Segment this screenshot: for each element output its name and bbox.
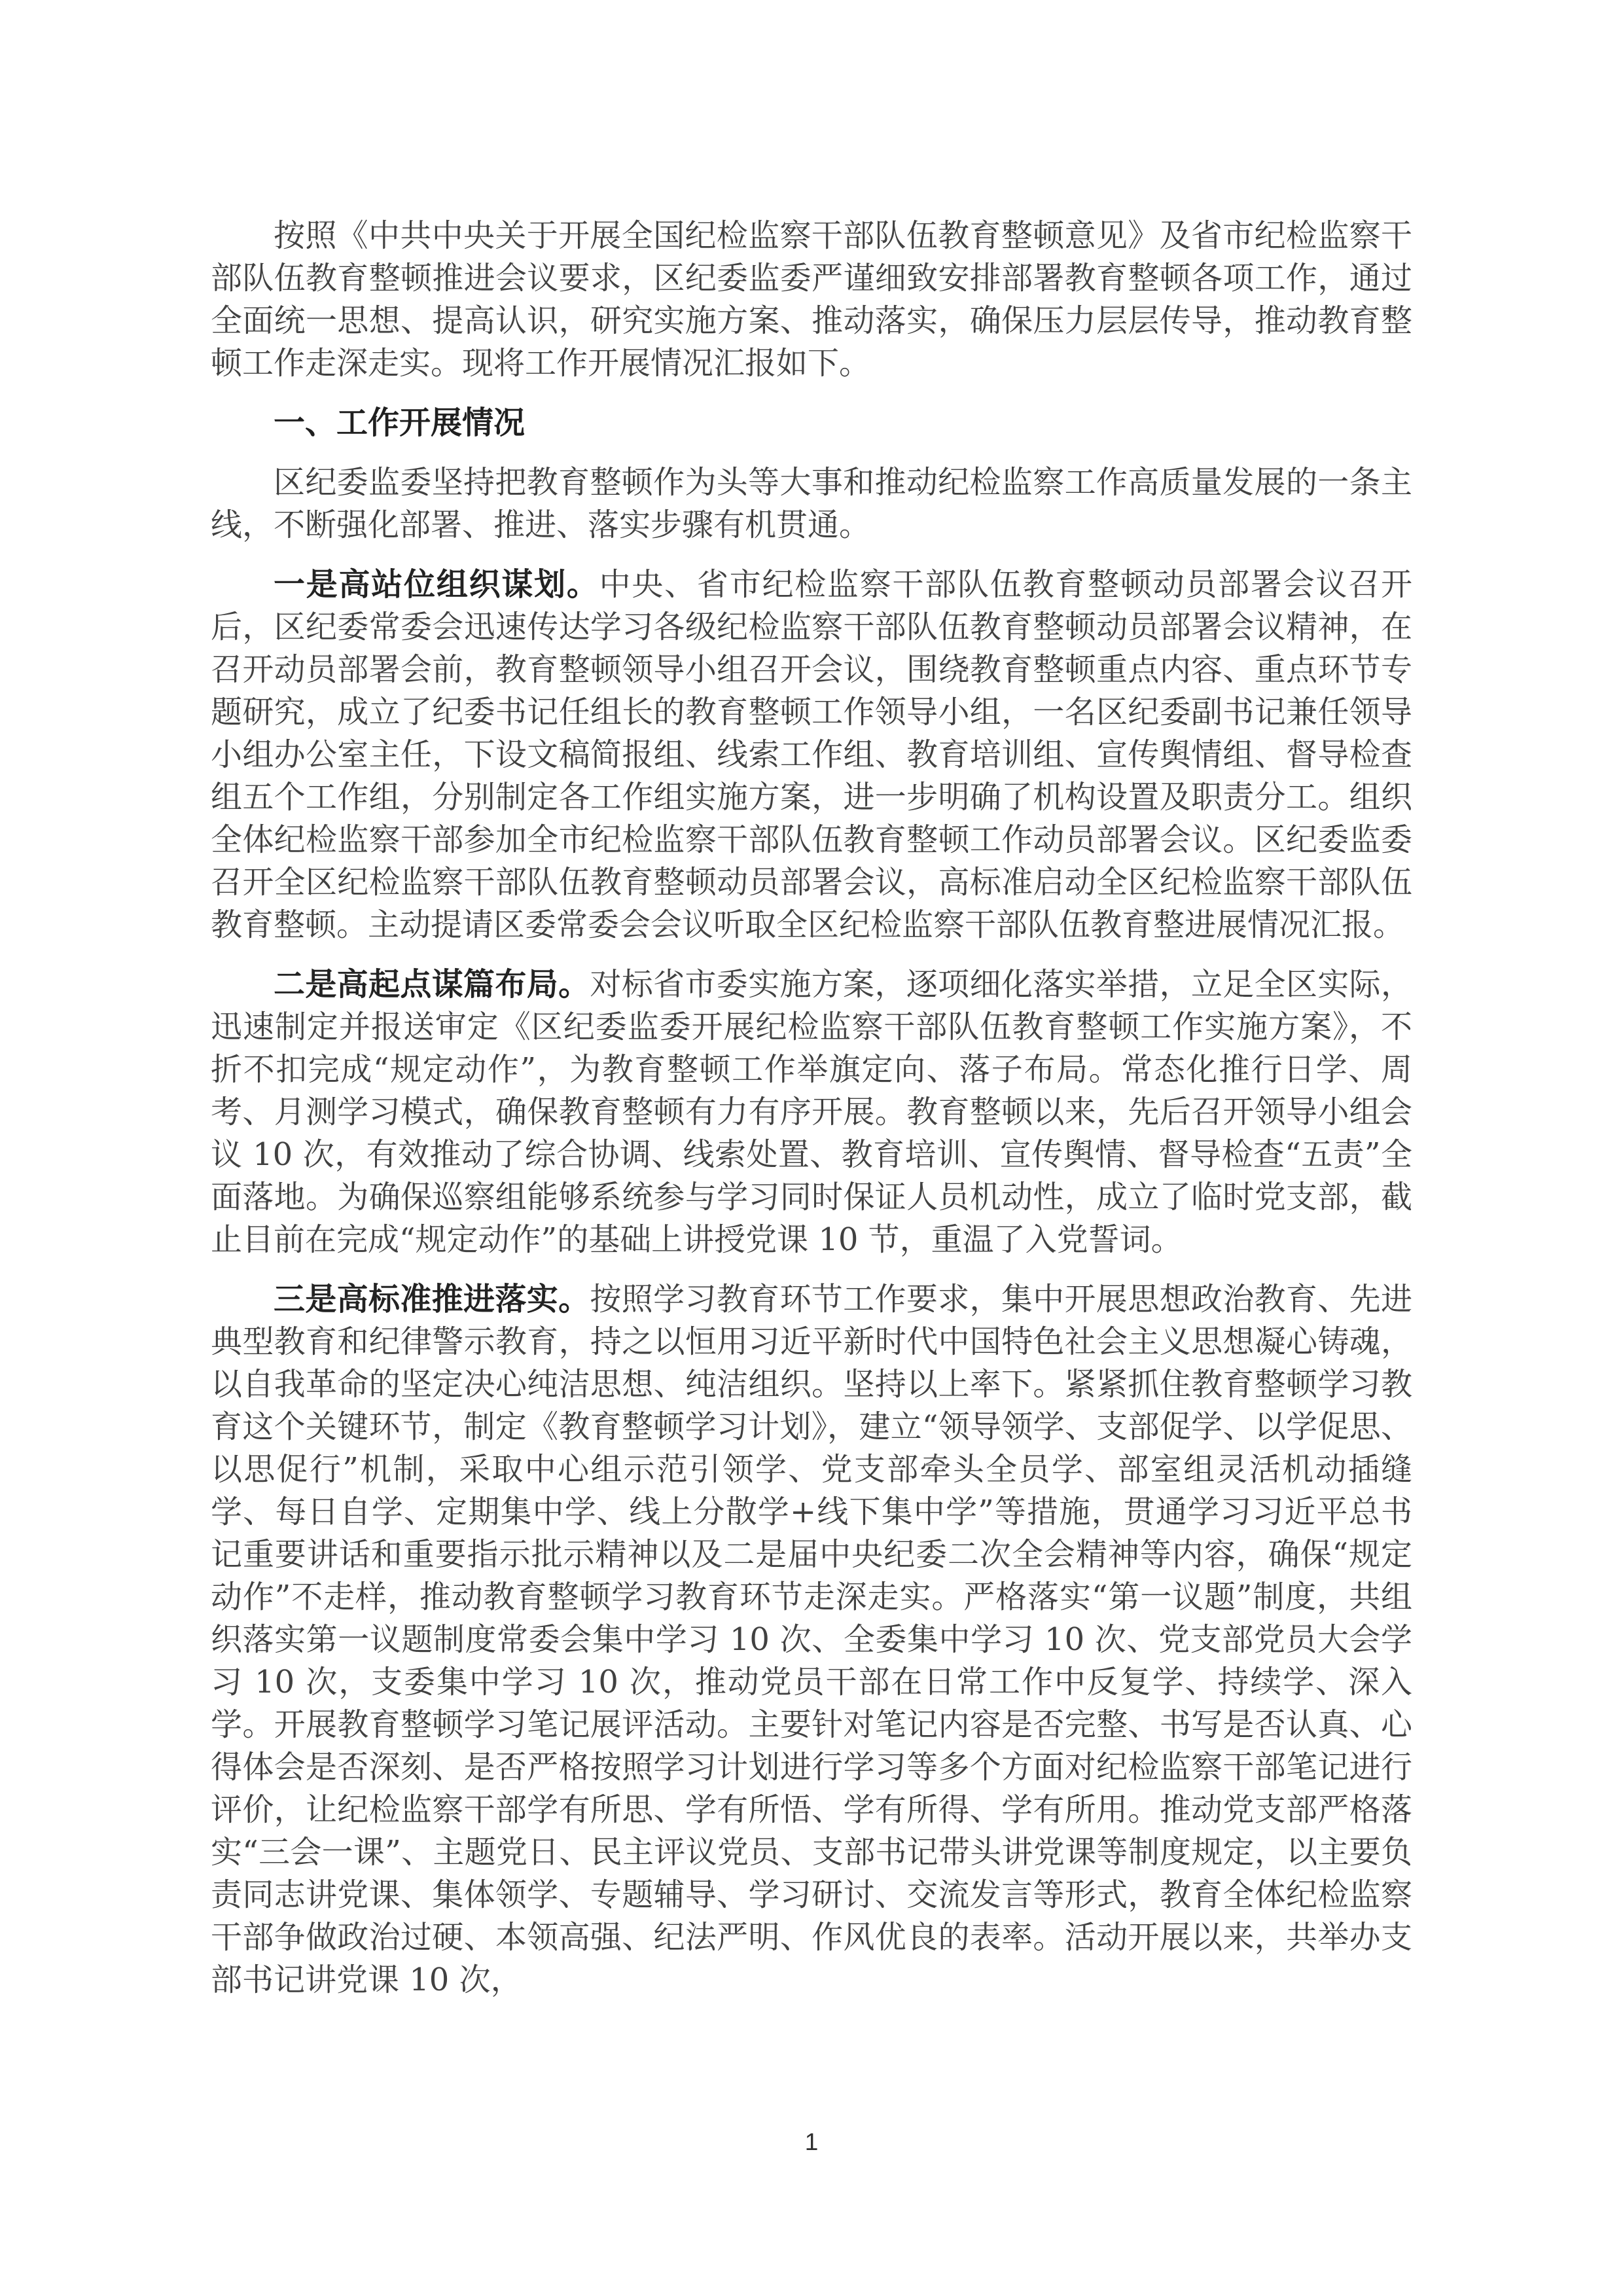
- section-heading: 一、工作开展情况: [211, 402, 1412, 444]
- item-paragraph-2: 二是高起点谋篇布局。对标省市委实施方案，逐项细化落实举措，立足全区实际，迅速制定…: [211, 963, 1412, 1261]
- item-lead-1: 一是高站位组织谋划。: [274, 566, 599, 603]
- document-body: 按照《中共中央关于开展全国纪检监察干部队伍教育整顿意见》及省市纪检监察干部队伍教…: [211, 215, 1412, 2018]
- item-lead-3: 三是高标准推进落实。: [274, 1281, 590, 1318]
- item-paragraph-3: 三是高标准推进落实。按照学习教育环节工作要求，集中开展思想政治教育、先进典型教育…: [211, 1278, 1412, 2001]
- page-number: 1: [0, 2128, 1623, 2156]
- item-text-3: 按照学习教育环节工作要求，集中开展思想政治教育、先进典型教育和纪律警示教育，持之…: [211, 1281, 1412, 1998]
- item-text-2: 对标省市委实施方案，逐项细化落实举措，立足全区实际，迅速制定并报送审定《区纪委监…: [211, 966, 1412, 1258]
- section-overview-paragraph: 区纪委监委坚持把教育整顿作为头等大事和推动纪检监察工作高质量发展的一条主线，不断…: [211, 461, 1412, 547]
- document-page: 按照《中共中央关于开展全国纪检监察干部队伍教育整顿意见》及省市纪检监察干部队伍教…: [0, 0, 1623, 2296]
- item-lead-2: 二是高起点谋篇布局。: [274, 966, 590, 1003]
- intro-paragraph: 按照《中共中央关于开展全国纪检监察干部队伍教育整顿意见》及省市纪检监察干部队伍教…: [211, 215, 1412, 385]
- item-paragraph-1: 一是高站位组织谋划。中央、省市纪检监察干部队伍教育整顿动员部署会议召开后，区纪委…: [211, 564, 1412, 946]
- item-text-1: 中央、省市纪检监察干部队伍教育整顿动员部署会议召开后，区纪委常委会迅速传达学习各…: [211, 566, 1412, 943]
